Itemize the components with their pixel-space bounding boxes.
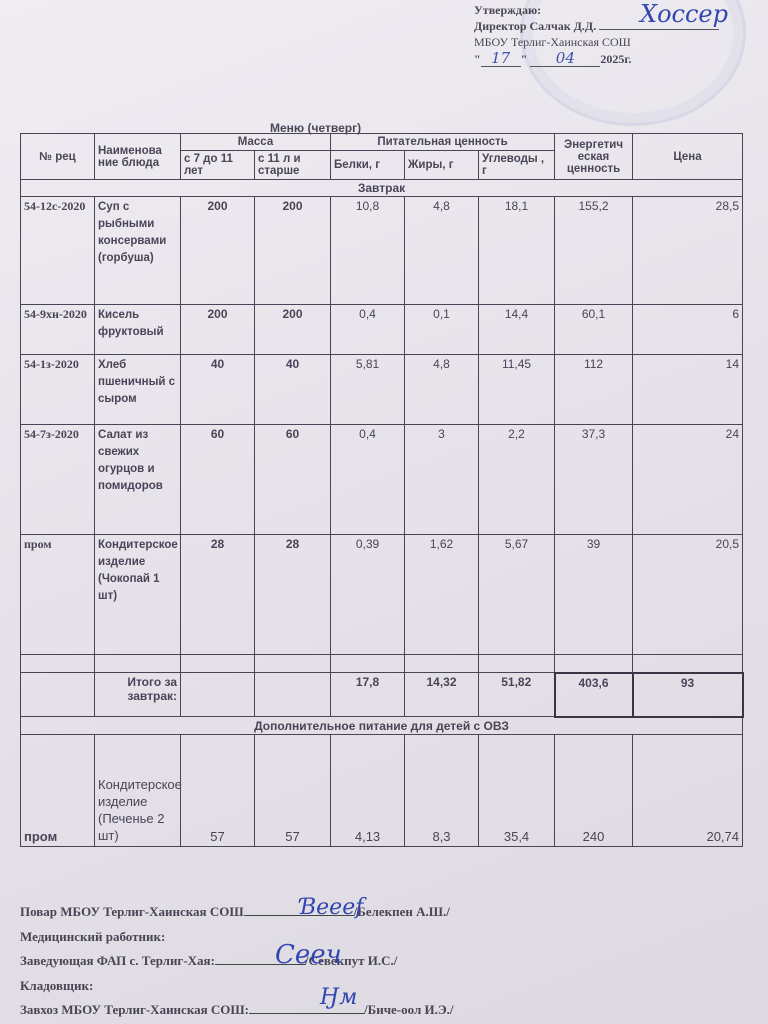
total-protein: 17,8 xyxy=(331,673,405,717)
recipe-code-cell: 54-7з-2020 xyxy=(21,425,95,535)
energy-cell: 39 xyxy=(555,535,633,655)
recipe-code-cell: пром xyxy=(21,535,95,655)
extra-row: пром Кондитерское изделие (Печенье 2 шт)… xyxy=(21,734,743,846)
total-row: Итого за завтрак: 17,8 14,32 51,82 403,6… xyxy=(21,673,743,717)
price-cell: 14 xyxy=(633,355,743,425)
fat-cell: 0,1 xyxy=(405,305,479,355)
protein-cell: 0,4 xyxy=(331,305,405,355)
recipe-code-cell: 54-12с-2020 xyxy=(21,197,95,305)
header-energy: Энергетич еская ценность xyxy=(555,134,633,180)
header-nutrition: Питательная ценность xyxy=(331,134,555,151)
mass-11-plus-cell: 200 xyxy=(255,305,331,355)
mass-7-11-cell: 28 xyxy=(181,535,255,655)
extra-fat: 8,3 xyxy=(405,734,479,846)
dish-name-cell: Суп с рыбными консервами (горбуша) xyxy=(95,197,181,305)
table-row: промКондитерское изделие (Чокопай 1 шт)2… xyxy=(21,535,743,655)
cook-signature: Ɓeeef xyxy=(300,895,363,920)
protein-cell: 0,4 xyxy=(331,425,405,535)
dish-name-cell: Кисель фруктовый xyxy=(95,305,181,355)
mass-11-plus-cell: 200 xyxy=(255,197,331,305)
approval-school: МБОУ Терлиг-Хаинская СОШ xyxy=(474,34,719,50)
price-cell: 20,5 xyxy=(633,535,743,655)
price-cell: 6 xyxy=(633,305,743,355)
extra-m1: 57 xyxy=(181,734,255,846)
header-recipe-no: № рец xyxy=(21,134,95,180)
supply-signature: Ӈм xyxy=(320,985,357,1010)
total-energy: 403,6 xyxy=(555,673,633,717)
spacer-row xyxy=(21,655,743,673)
supply-line: Завхоз МБОУ Терлиг-Хаинская СОШ:/Биче-оо… xyxy=(20,998,454,1023)
extra-energy: 240 xyxy=(555,734,633,846)
storekeeper-line: Кладовщик: xyxy=(20,974,454,999)
carbs-cell: 18,1 xyxy=(479,197,555,305)
mass-7-11-cell: 40 xyxy=(181,355,255,425)
menu-table: № рец Наименова ние блюда Масса Питатель… xyxy=(20,133,744,847)
fap-line: Заведующая ФАП с. Терлиг-Хая:/Севекпут И… xyxy=(20,949,454,974)
total-fat: 14,32 xyxy=(405,673,479,717)
mass-11-plus-cell: 40 xyxy=(255,355,331,425)
header-protein: Белки, г xyxy=(331,151,405,180)
approval-month: 04 xyxy=(530,50,600,67)
extra-carbs: 35,4 xyxy=(479,734,555,846)
header-fat: Жиры, г xyxy=(405,151,479,180)
carbs-cell: 11,45 xyxy=(479,355,555,425)
total-carbs: 51,82 xyxy=(479,673,555,717)
fat-cell: 4,8 xyxy=(405,197,479,305)
protein-cell: 5,81 xyxy=(331,355,405,425)
director-signature: Хоссер xyxy=(640,0,728,28)
energy-cell: 155,2 xyxy=(555,197,633,305)
fat-cell: 3 xyxy=(405,425,479,535)
carbs-cell: 2,2 xyxy=(479,425,555,535)
energy-cell: 112 xyxy=(555,355,633,425)
fat-cell: 1,62 xyxy=(405,535,479,655)
medic-line: Медицинский работник: xyxy=(20,925,454,950)
mass-11-plus-cell: 60 xyxy=(255,425,331,535)
extra-name: Кондитерское изделие (Печенье 2 шт) xyxy=(95,734,181,846)
price-cell: 28,5 xyxy=(633,197,743,305)
extra-protein: 4,13 xyxy=(331,734,405,846)
mass-7-11-cell: 60 xyxy=(181,425,255,535)
mass-7-11-cell: 200 xyxy=(181,197,255,305)
recipe-code-cell: 54-1з-2020 xyxy=(21,355,95,425)
mass-11-plus-cell: 28 xyxy=(255,535,331,655)
header-dish-name: Наименова ние блюда xyxy=(95,134,181,180)
dish-name-cell: Кондитерское изделие (Чокопай 1 шт) xyxy=(95,535,181,655)
recipe-code-cell: 54-9хн-2020 xyxy=(21,305,95,355)
header-carbs: Углеводы , г xyxy=(479,151,555,180)
energy-cell: 60,1 xyxy=(555,305,633,355)
table-row: 54-7з-2020Салат из свежих огурцов и поми… xyxy=(21,425,743,535)
menu-table-container: № рец Наименова ние блюда Масса Питатель… xyxy=(20,133,742,847)
mass-7-11-cell: 200 xyxy=(181,305,255,355)
approval-day: 17 xyxy=(481,50,521,67)
approval-date: "17" 042025г. xyxy=(474,50,719,67)
carbs-cell: 5,67 xyxy=(479,535,555,655)
table-row: 54-9хн-2020Кисель фруктовый2002000,40,11… xyxy=(21,305,743,355)
total-label: Итого за завтрак: xyxy=(95,673,181,717)
cook-line: Повар МБОУ Терлиг-Хаинская СОШ/Белекпен … xyxy=(20,900,454,925)
extra-price: 20,74 xyxy=(633,734,743,846)
table-row: 54-1з-2020Хлеб пшеничный с сыром40405,81… xyxy=(21,355,743,425)
protein-cell: 0,39 xyxy=(331,535,405,655)
header-price: Цена xyxy=(633,134,743,180)
protein-cell: 10,8 xyxy=(331,197,405,305)
signatures-block: Повар МБОУ Терлиг-Хаинская СОШ/Белекпен … xyxy=(20,900,454,1023)
dish-name-cell: Салат из свежих огурцов и помидоров xyxy=(95,425,181,535)
fat-cell: 4,8 xyxy=(405,355,479,425)
table-row: 54-12с-2020Суп с рыбными консервами (гор… xyxy=(21,197,743,305)
header-mass-7-11: с 7 до 11 лет xyxy=(181,151,255,180)
section-breakfast: Завтрак xyxy=(21,180,743,197)
header-mass: Масса xyxy=(181,134,331,151)
dish-name-cell: Хлеб пшеничный с сыром xyxy=(95,355,181,425)
section-extra: Дополнительное питание для детей с ОВЗ xyxy=(21,717,743,735)
carbs-cell: 14,4 xyxy=(479,305,555,355)
extra-m2: 57 xyxy=(255,734,331,846)
total-price: 93 xyxy=(633,673,743,717)
price-cell: 24 xyxy=(633,425,743,535)
energy-cell: 37,3 xyxy=(555,425,633,535)
extra-code: пром xyxy=(21,734,95,846)
fap-signature: Сееч xyxy=(275,940,342,970)
approval-year: 2025г. xyxy=(600,52,631,66)
header-mass-11-plus: с 11 л и старше xyxy=(255,151,331,180)
